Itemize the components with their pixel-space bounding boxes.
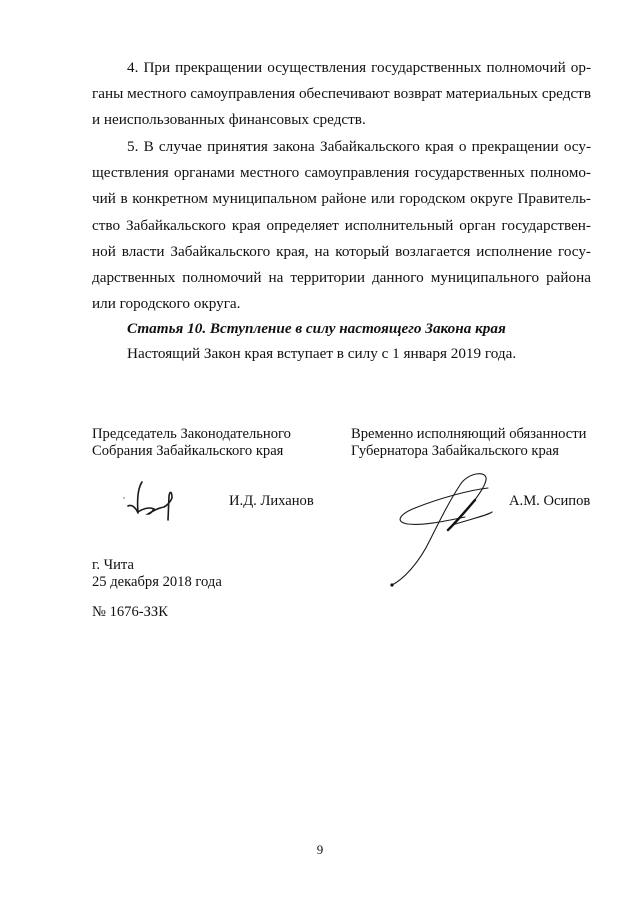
paragraph-line: ществления органами местного самоуправле… <box>92 160 591 186</box>
right-signatory-title-line-1: Временно исполняющий обязанности <box>351 426 586 443</box>
paragraph-line: или городского округа. <box>92 291 591 317</box>
right-signatory-title-line-2: Губернатора Забайкальского края <box>351 443 586 460</box>
paragraph-5: 5. В случае принятия закона Забайкальско… <box>92 134 591 317</box>
left-signatory-title-line-2: Собрания Забайкальского края <box>92 443 291 460</box>
paragraph-line: 4. При прекращении осуществления государ… <box>92 55 591 81</box>
paragraph-line: дарственных полномочий на территории дан… <box>92 265 591 291</box>
article-10-body: Настоящий Закон края вступает в силу с 1… <box>127 345 516 363</box>
paragraph-line: чий в конкретном муниципальном районе ил… <box>92 186 591 212</box>
article-10-heading: Статья 10. Вступление в силу настоящего … <box>127 320 506 338</box>
right-signatory-name: А.М. Осипов <box>509 493 590 510</box>
law-number: № 1676-ЗЗК <box>92 604 168 621</box>
paragraph-line: ство Забайкальского края определяет испо… <box>92 213 591 239</box>
paragraph-4: 4. При прекращении осуществления государ… <box>92 55 591 134</box>
right-handwritten-signature <box>380 470 500 590</box>
paragraph-line: 5. В случае принятия закона Забайкальско… <box>92 134 591 160</box>
paragraph-line: и неиспользованных финансовых средств. <box>92 107 591 133</box>
right-signatory-title: Временно исполняющий обязанности Губерна… <box>351 426 586 460</box>
left-signatory-title: Председатель Законодательного Собрания З… <box>92 426 291 460</box>
left-signatory-title-line-1: Председатель Законодательного <box>92 426 291 443</box>
paragraph-line: ганы местного самоуправления обеспечиваю… <box>92 81 591 107</box>
date: 25 декабря 2018 года <box>92 574 222 591</box>
paragraph-line: ной власти Забайкальского края, на котор… <box>92 239 591 265</box>
place: г. Чита <box>92 557 222 574</box>
place-and-date: г. Чита 25 декабря 2018 года <box>92 557 222 591</box>
page-number: 9 <box>0 842 640 858</box>
document-page: 4. При прекращении осуществления государ… <box>0 0 640 905</box>
left-handwritten-signature <box>120 478 190 528</box>
left-signatory-name: И.Д. Лиханов <box>229 493 314 510</box>
